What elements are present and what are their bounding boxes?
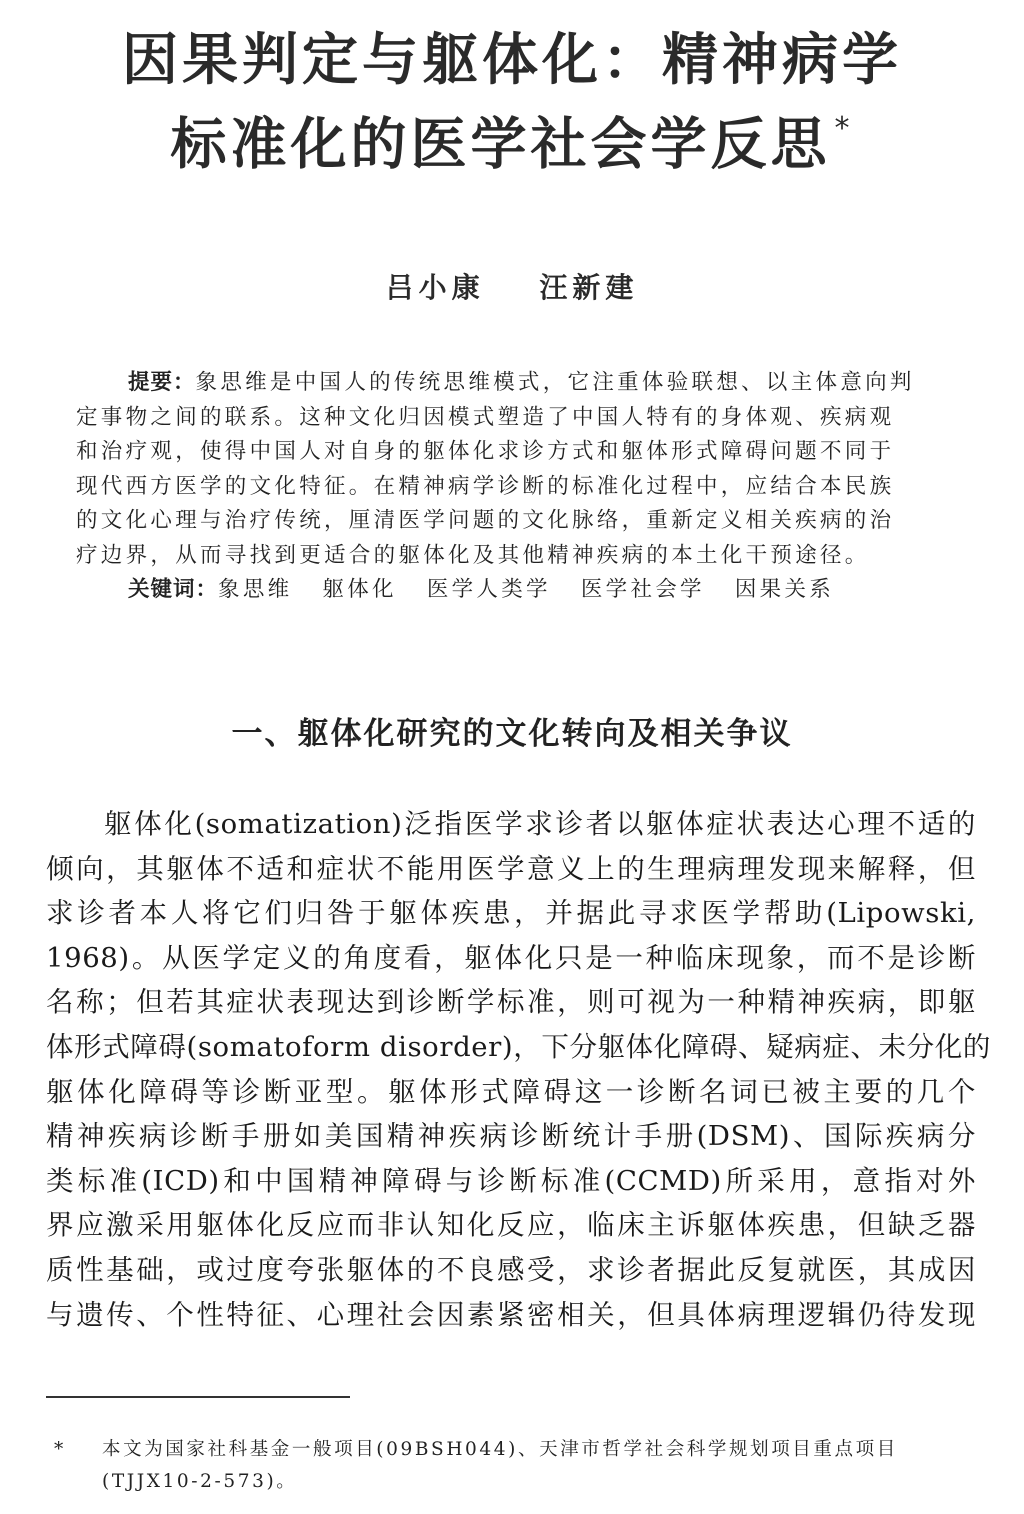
footnote: * 本文为国家社科基金一般项目(09BSH044)、天津市哲学社会科学规划项目重… <box>54 1434 974 1498</box>
keyword: 医学社会学 <box>581 577 705 602</box>
abstract-line: 的文化心理与治疗传统，厘清医学问题的文化脉络，重新定义相关疾病的治 <box>76 504 944 539</box>
body-line: 类标准(ICD)和中国精神障碍与诊断标准(CCMD)所采用，意指对外 <box>46 1159 976 1204</box>
abstract-line: 和治疗观，使得中国人对自身的躯体化求诊方式和躯体形式障碍问题不同于 <box>76 435 944 470</box>
keyword: 因果关系 <box>735 577 834 602</box>
body-line: 躯体化(somatization)泛指医学求诊者以躯体症状表达心理不适的 <box>46 802 976 847</box>
body-line: 躯体化障碍等诊断亚型。躯体形式障碍这一诊断名词已被主要的几个 <box>46 1070 976 1115</box>
keywords: 关键词：象思维躯体化医学人类学医学社会学因果关系 <box>76 573 944 608</box>
title-text-2: 标准化的医学社会学反思 <box>171 113 831 178</box>
author-list: 吕小康 汪新建 <box>0 266 1024 306</box>
abstract-line: 疗边界，从而寻找到更适合的躯体化及其他精神疾病的本土化干预途径。 <box>76 539 944 574</box>
body-line: 质性基础，或过度夸张躯体的不良感受，求诊者据此反复就医，其成因 <box>46 1248 976 1293</box>
body-line: 1968)。从医学定义的角度看，躯体化只是一种临床现象，而不是诊断 <box>46 936 976 981</box>
body-line: 倾向，其躯体不适和症状不能用医学意义上的生理病理发现来解释，但 <box>46 847 976 892</box>
article-title-line-1: 因果判定与躯体化：精神病学 <box>0 26 1024 96</box>
footnote-marker: * <box>54 1434 66 1466</box>
keyword: 医学人类学 <box>427 577 551 602</box>
paper-page: 因果判定与躯体化：精神病学 标准化的医学社会学反思* 吕小康 汪新建 提要：象思… <box>0 0 1024 1514</box>
footnote-line: (TJJX10-2-573)。 <box>54 1466 974 1498</box>
keyword: 躯体化 <box>322 577 396 602</box>
body-line: 求诊者本人将它们归咎于躯体疾患，并据此寻求医学帮助(Lipowski, <box>46 891 976 936</box>
body-line: 精神疾病诊断手册如美国精神疾病诊断统计手册(DSM)、国际疾病分 <box>46 1114 976 1159</box>
footnote-divider <box>46 1396 350 1398</box>
abstract-text: 象思维是中国人的传统思维模式，它注重体验联想、以主体意向判 <box>196 370 915 395</box>
title-text-1: 因果判定与躯体化：精神病学 <box>122 28 902 93</box>
abstract: 提要：象思维是中国人的传统思维模式，它注重体验联想、以主体意向判 定事物之间的联… <box>76 366 944 608</box>
abstract-label: 提要： <box>128 370 196 395</box>
body-line: 体形式障碍(somatoform disorder)，下分躯体化障碍、疑病症、未… <box>46 1025 976 1070</box>
footnote-line: 本文为国家社科基金一般项目(09BSH044)、天津市哲学社会科学规划项目重点项… <box>54 1434 974 1466</box>
abstract-line: 定事物之间的联系。这种文化归因模式塑造了中国人特有的身体观、疾病观 <box>76 401 944 436</box>
abstract-line: 提要：象思维是中国人的传统思维模式，它注重体验联想、以主体意向判 <box>76 366 944 401</box>
title-footnote-marker: * <box>835 111 854 146</box>
section-heading: 一、躯体化研究的文化转向及相关争议 <box>0 708 1024 753</box>
abstract-line: 现代西方医学的文化特征。在精神病学诊断的标准化过程中，应结合本民族 <box>76 470 944 505</box>
body-paragraph: 躯体化(somatization)泛指医学求诊者以躯体症状表达心理不适的 倾向，… <box>46 802 976 1337</box>
keyword: 象思维 <box>218 577 292 602</box>
body-line: 与遗传、个性特征、心理社会因素紧密相关，但具体病理逻辑仍待发现 <box>46 1293 976 1338</box>
body-line: 名称；但若其症状表现达到诊断学标准，则可视为一种精神疾病，即躯 <box>46 980 976 1025</box>
article-title-line-2: 标准化的医学社会学反思* <box>0 100 1024 181</box>
author-name: 吕小康 <box>386 271 485 304</box>
body-line: 界应激采用躯体化反应而非认知化反应，临床主诉躯体疾患，但缺乏器 <box>46 1203 976 1248</box>
keywords-label: 关键词： <box>128 577 218 602</box>
author-name: 汪新建 <box>539 271 638 304</box>
